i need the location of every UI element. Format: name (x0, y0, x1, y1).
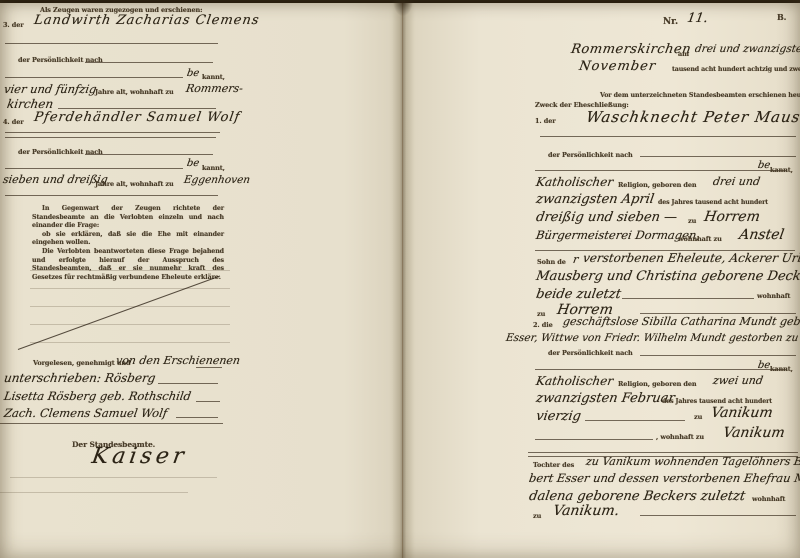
witness4-prefix: 4. der (3, 118, 24, 126)
known-print-witness3: kannt, (202, 73, 225, 81)
wohnhaft-print-bride-parents: wohnhaft (752, 495, 785, 503)
form-line (5, 132, 220, 133)
known-print-groom: kannt, (770, 166, 793, 174)
bride-birthyear-print: des Jahres tausend acht hundert (662, 398, 772, 405)
book-gutter-top-shadow (393, 0, 413, 16)
groom-parents-line3: beide zuletzt (535, 287, 622, 302)
residence-witness4: Eggenhoven (183, 174, 251, 186)
bride-parents-line2: bert Esser und dessen verstorbenen Ehefr… (528, 471, 800, 485)
groom-parents-line2: Mausberg und Christina geborene Decker (535, 269, 800, 284)
registrar-signature: Kaiser (90, 444, 189, 469)
form-line (58, 108, 216, 109)
closing-handwritten-2: unterschrieben: Rösberg (3, 371, 157, 385)
bride-prefix: 2. die (533, 321, 553, 329)
identity-label-bride: der Persönlichkeit nach (548, 349, 633, 357)
bride-residence-handwritten: Vanikum (722, 425, 786, 441)
known-print-bride: kannt, (770, 365, 793, 373)
bride-religion-print: Religion, geboren den (618, 380, 697, 388)
record-number-value: 11. (686, 11, 709, 26)
groom-parents-line1: verstorbenen Eheleute, Ackerer Urban (582, 251, 800, 265)
form-line (5, 43, 218, 44)
age-label-witness4: Jahre alt, wohnhaft zu (95, 180, 174, 188)
form-line (5, 168, 183, 169)
zu-print-bride-birth: zu (694, 413, 702, 421)
month-handwritten: November (578, 59, 657, 74)
bride-religion-handwritten: Katholischer (535, 374, 614, 388)
groom-religion-print: Religion, geboren den (618, 181, 697, 189)
handwritten-dash (535, 439, 653, 440)
form-line (640, 355, 796, 356)
handwritten-dash (176, 417, 218, 418)
declaration-sentence-3: Die Verlobten beantworteten diese Frage … (32, 248, 224, 282)
blank-ruled-line (30, 270, 230, 271)
declaration-sentence-2: ob sie erklären, daß sie die Ehe mit ein… (32, 231, 224, 248)
form-line (5, 137, 216, 138)
book-gutter-line (402, 3, 403, 558)
groom-prefix: 1. der (535, 117, 556, 125)
groom-religion-handwritten: Katholischer (535, 175, 614, 189)
witness3-prefix: 3. der (3, 21, 24, 29)
age-handwritten-witness3: vier und fünfzig (3, 82, 98, 96)
groom-birthday-part1: drei und (712, 175, 761, 188)
form-line (540, 136, 796, 137)
daughter-of-print: Tochter des (533, 461, 574, 469)
signature-couple: Lisetta Rösberg geb. Rothschild (3, 389, 192, 403)
groom-birthplace-handwritten: Horrem (703, 209, 761, 225)
form-line (640, 156, 796, 157)
record-number-label: Nr. (663, 17, 678, 27)
bride-name-line1: geschäftslose Sibilla Catharina Mundt ge… (562, 315, 800, 328)
known-handwritten-witness4: be (186, 158, 200, 169)
groom-name-handwritten: Waschknecht Peter Mausberg (585, 108, 800, 126)
handwritten-dash (585, 420, 685, 421)
bride-birthplace-handwritten: Vanikum (710, 405, 774, 421)
age-handwritten-witness4: sieben und dreißig (2, 173, 109, 186)
form-line (0, 423, 223, 424)
known-handwritten-groom: be (757, 160, 771, 171)
blank-ruled-line (30, 342, 230, 343)
form-line (535, 170, 787, 171)
blank-ruled-line (0, 492, 188, 493)
form-line (5, 195, 218, 196)
place-handwritten: Rommerskirchen (570, 42, 692, 57)
handwritten-dash (196, 367, 222, 368)
page-letter: B. (777, 12, 786, 22)
form-line (528, 452, 798, 453)
son-of-print: Sohn de (537, 258, 566, 266)
known-print-witness4: kannt, (202, 164, 225, 172)
form-line (622, 298, 754, 299)
form-line (640, 313, 796, 314)
book-gutter-shadow (392, 0, 414, 558)
identity-label-groom: der Persönlichkeit nach (548, 151, 633, 159)
form-line (85, 154, 213, 155)
residence-witness3-part2: kirchen (6, 97, 54, 111)
residence-witness3-part1: Rommers- (185, 82, 244, 95)
age-label-witness3: Jahre alt, wohnhaft zu (95, 88, 174, 96)
wohnhaft-zu-print-groom: wohnhaft zu (678, 235, 722, 243)
blank-ruled-line (30, 288, 230, 289)
groom-birthplace-line2: Bürgermeisterei Dormagen, (535, 228, 701, 242)
zu-print-groom-birth: zu (688, 217, 696, 225)
known-handwritten-witness3: be (186, 68, 200, 79)
day-handwritten: drei und zwanzigsten (694, 43, 800, 55)
signature-witnesses: Zach. Clemens Samuel Wolf (3, 406, 168, 420)
bride-name-line2: Esser, Wittwe von Friedr. Wilhelm Mundt … (505, 332, 800, 344)
bride-birthday-part2: zwanzigsten Februar (535, 391, 676, 406)
groom-birthday-part2: zwanzigsten April (535, 192, 655, 207)
intro-line-1: Vor dem unterzeichneten Standesbeamten e… (600, 92, 800, 99)
wohnhaft-print-parents: wohnhaft (757, 292, 790, 300)
bride-birthyear-handwritten: vierzig (535, 409, 582, 424)
bride-parents-place: Vanikum. (552, 503, 620, 519)
blank-ruled-line (30, 324, 230, 325)
wohnhaft-zu-print-bride: , wohnhaft zu (656, 433, 704, 441)
year-print: tausend acht hundert achtzig und zwei. (672, 66, 800, 73)
handwritten-dash (196, 401, 220, 402)
groom-birthyear-print: des Jahres tausend acht hundert (658, 199, 768, 206)
declaration-sentence-1: In Gegenwart der Zeugen richtete der Sta… (32, 205, 224, 231)
closing-handwritten-1: von den Erschienenen (115, 354, 241, 367)
bride-parents-line1: zu Vanikum wohnenden Tagelöhners Engel- (585, 455, 800, 468)
groom-residence-handwritten: Anstel (738, 227, 785, 243)
blank-ruled-line (10, 477, 217, 478)
strike-through-line (18, 276, 220, 351)
am-print: am (678, 50, 689, 58)
known-handwritten-bride: be (757, 360, 771, 371)
son-of-hand-suffix: r (572, 253, 579, 266)
zu-print-bride-parents: zu (533, 512, 541, 520)
bride-parents-line3: dalena geborene Beckers zuletzt (528, 489, 746, 504)
handwritten-dash (158, 383, 218, 384)
form-line (535, 369, 787, 370)
groom-birthyear-handwritten: dreißig und sieben — (535, 210, 678, 225)
zu-print-parents: zu (537, 310, 545, 318)
witness4-name-handwritten: Pferdehändler Samuel Wolf (33, 110, 242, 125)
form-line (640, 515, 796, 516)
register-book-scan: Als Zeugen waren zugezogen und erschiene… (0, 0, 800, 558)
bride-birthday-part1: zwei und (712, 374, 764, 387)
form-line (85, 62, 213, 63)
witness3-name-handwritten: Landwirth Zacharias Clemens (33, 13, 261, 28)
form-line (5, 77, 183, 78)
